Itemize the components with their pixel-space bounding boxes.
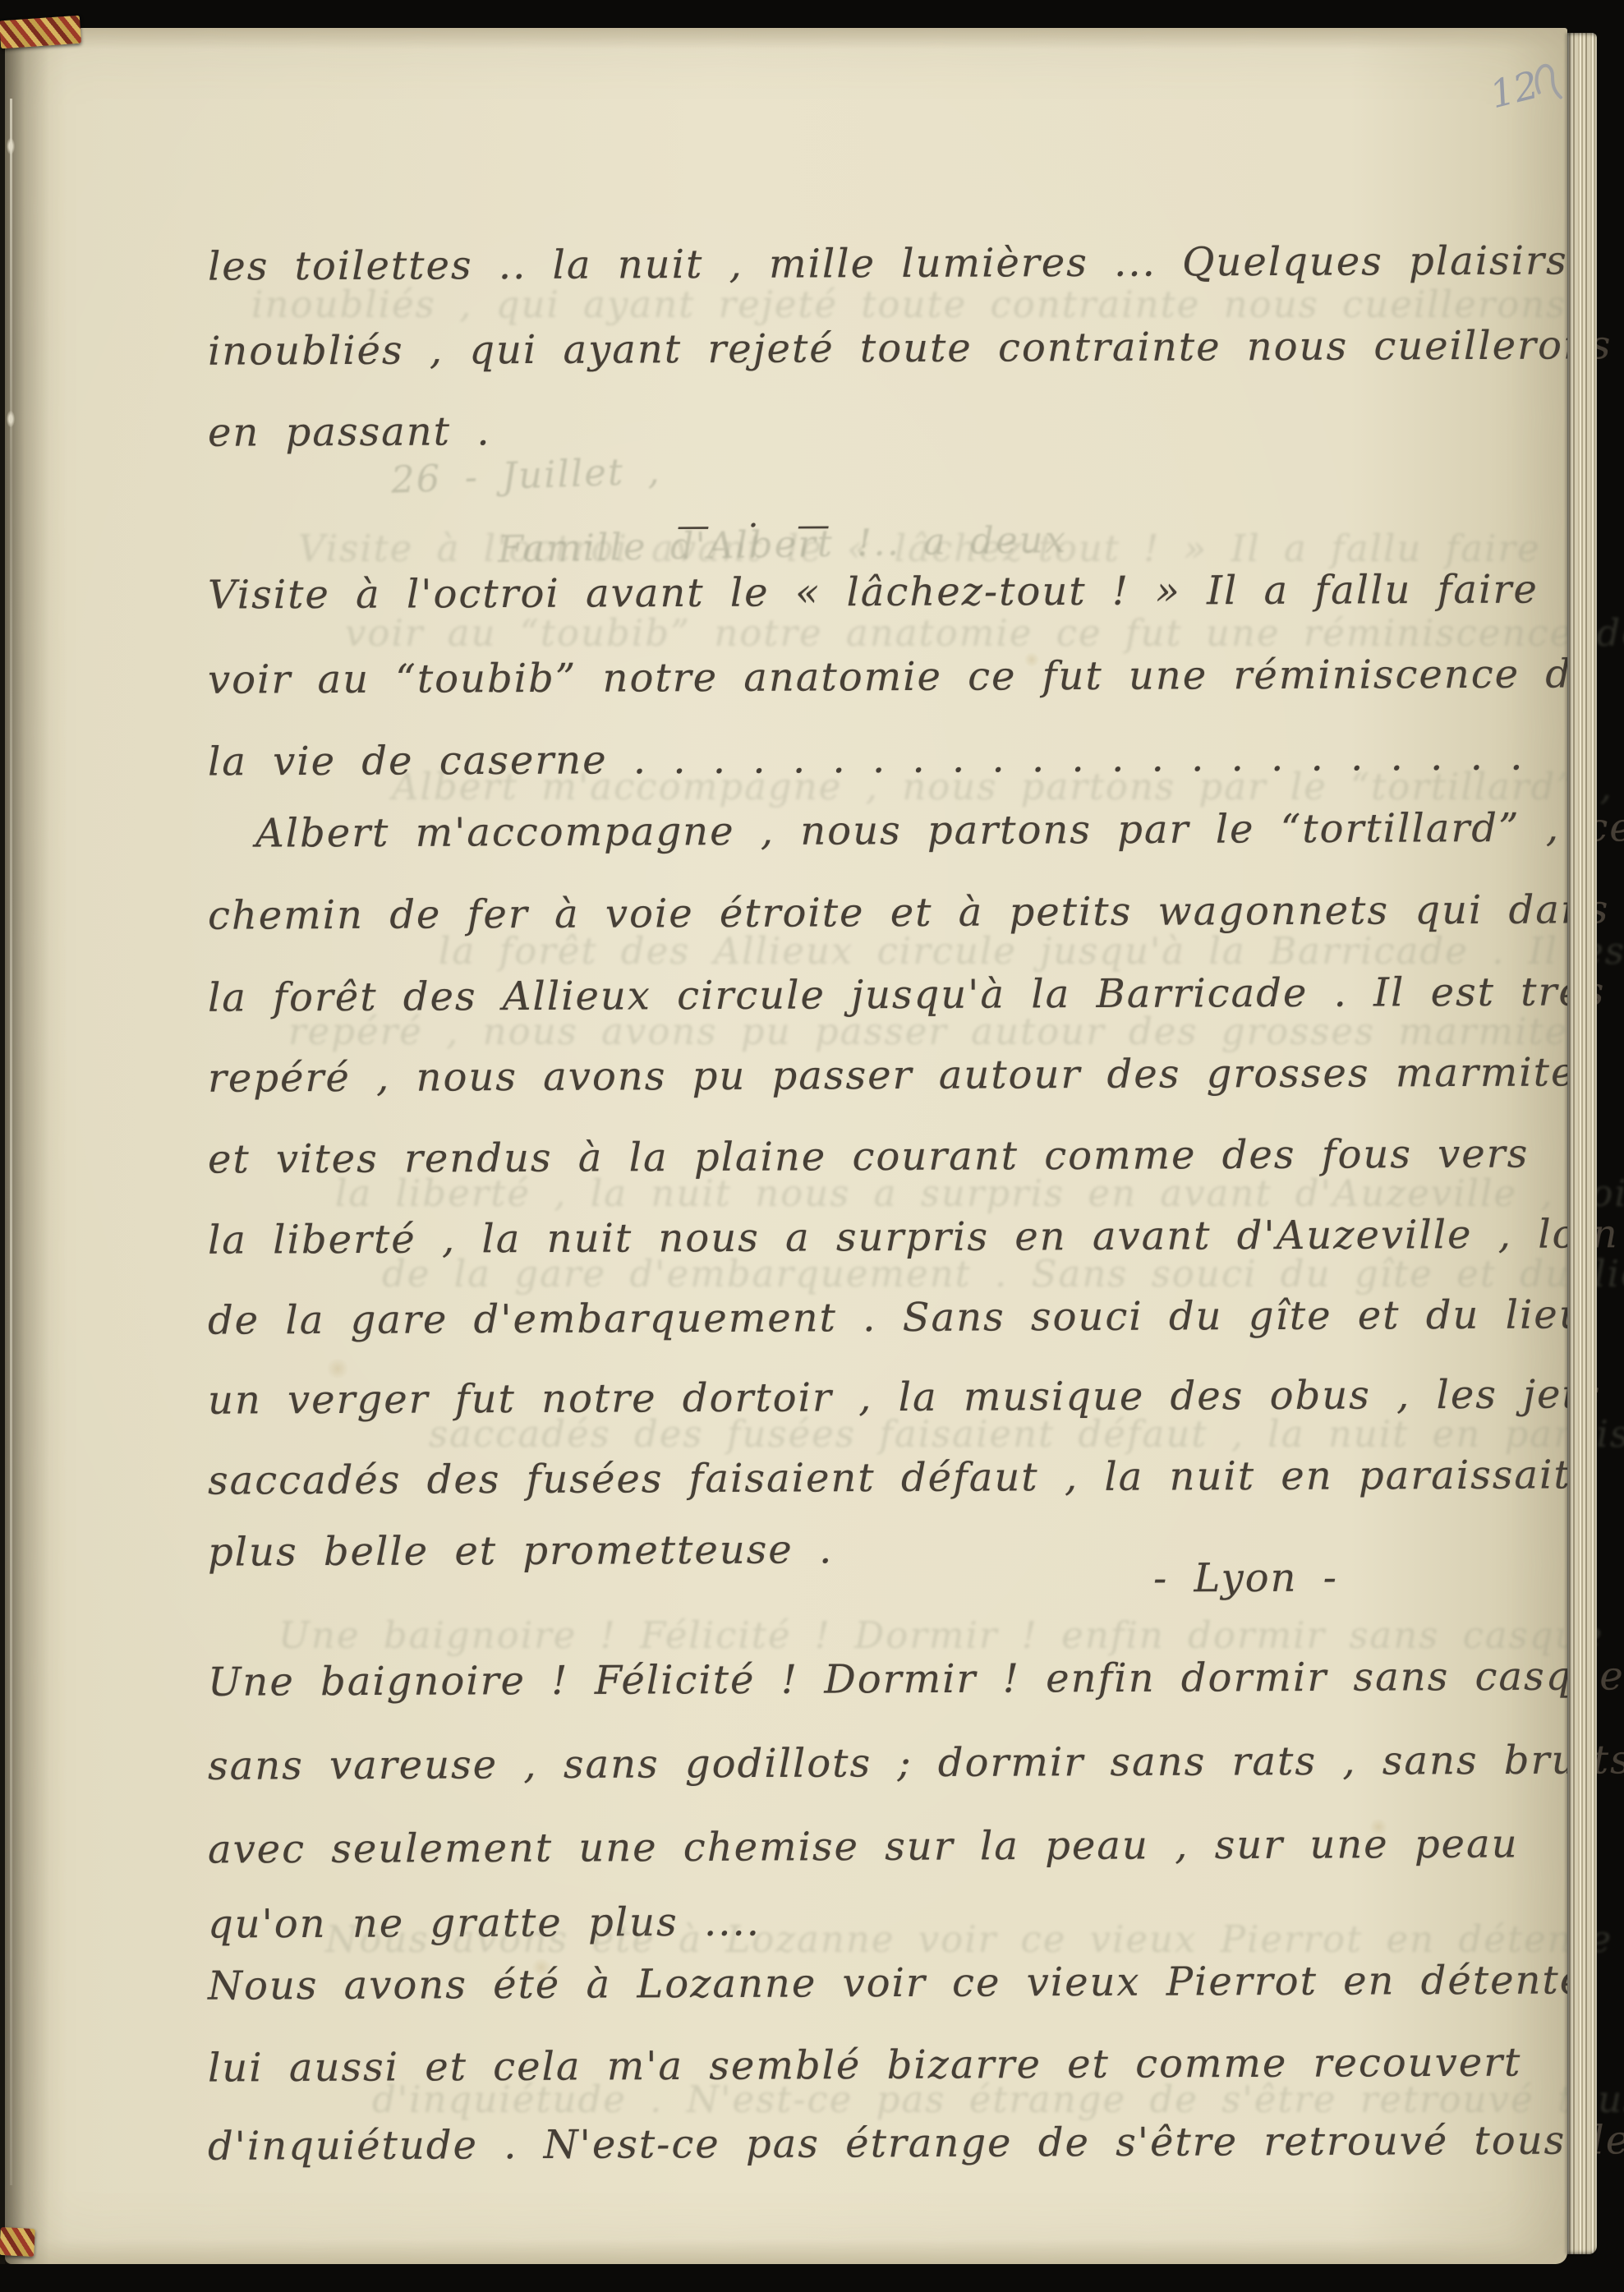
manuscript-line: saccadés des fusées faisaient défaut , l… bbox=[208, 1453, 1571, 1503]
show-through-line: voir au “toubib” notre anatomie ce fut u… bbox=[345, 613, 1624, 654]
binding-thread-knot bbox=[7, 411, 15, 427]
binding-thread-knot bbox=[7, 138, 15, 154]
manuscript-line: voir au “toubib” notre anatomie ce fut u… bbox=[208, 652, 1598, 702]
manuscript-line: Visite à l'octroi avant le « lâchez-tout… bbox=[208, 568, 1539, 617]
manuscript-line: sans vareuse , sans godillots ; dormir s… bbox=[208, 1738, 1624, 1788]
manuscript-line: en passant . bbox=[208, 410, 491, 454]
manuscript-line: Nous avons été à Lozanne voir ce vieux P… bbox=[208, 1958, 1585, 2008]
manuscript-line: Une baignoire ! Félicité ! Dormir ! enfi… bbox=[208, 1655, 1624, 1705]
manuscript-line: d'inquiétude . N'est-ce pas étrange de s… bbox=[208, 2119, 1624, 2168]
manuscript-line: Albert m'accompagne , nous partons par l… bbox=[255, 806, 1624, 855]
show-through-line: saccadés des fusées faisaient défaut , l… bbox=[429, 1414, 1624, 1455]
show-through-line: repéré , nous avons pu passer autour des… bbox=[288, 1011, 1589, 1052]
fore-edge-page-stack bbox=[1567, 33, 1597, 2254]
manuscript-line: de la gare d'embarquement . Sans souci d… bbox=[208, 1293, 1586, 1342]
show-through-line: la liberté , la nuit nous a surpris en a… bbox=[335, 1173, 1624, 1214]
show-through-line: de la gare d'embarquement . Sans souci d… bbox=[382, 1254, 1624, 1295]
text-layer: les toilettes .. la nuit , mille lumière… bbox=[5, 28, 1567, 2264]
show-through-line: Albert m'accompagne , nous partons par l… bbox=[392, 766, 1624, 808]
show-through-line: la forêt des Allieux circule jusqu'à la … bbox=[439, 931, 1624, 972]
show-through-line: inoubliés , qui ayant rejeté toute contr… bbox=[251, 284, 1566, 325]
manuscript-line: plus belle et prometteuse . bbox=[208, 1528, 834, 1574]
headband-top bbox=[0, 16, 81, 49]
headband-bottom bbox=[0, 2227, 35, 2257]
manuscript-line: les toilettes .. la nuit , mille lumière… bbox=[208, 239, 1568, 288]
photo-backdrop: 12 les toilettes .. la nuit , mille lumi… bbox=[0, 0, 1624, 2292]
show-through-line: Visite à l'octroi avant le « lâchez-tout… bbox=[298, 528, 1541, 569]
manuscript-line: inoubliés , qui ayant rejeté toute contr… bbox=[208, 324, 1612, 373]
show-through-line: Une baignoire ! Félicité ! Dormir ! enfi… bbox=[278, 1615, 1624, 1656]
show-through-text: 26 - Juillet , bbox=[390, 450, 661, 500]
show-through-line: Nous avons été à Lozanne voir ce vieux P… bbox=[325, 1919, 1612, 1960]
manuscript-line: avec seulement une chemise sur la peau ,… bbox=[208, 1823, 1519, 1872]
section-heading-lyon: - Lyon - bbox=[1153, 1557, 1338, 1601]
manuscript-line: repéré , nous avons pu passer autour des… bbox=[208, 1051, 1598, 1100]
show-through-line: d'inquiétude . N'est-ce pas étrange de s… bbox=[372, 2079, 1624, 2120]
